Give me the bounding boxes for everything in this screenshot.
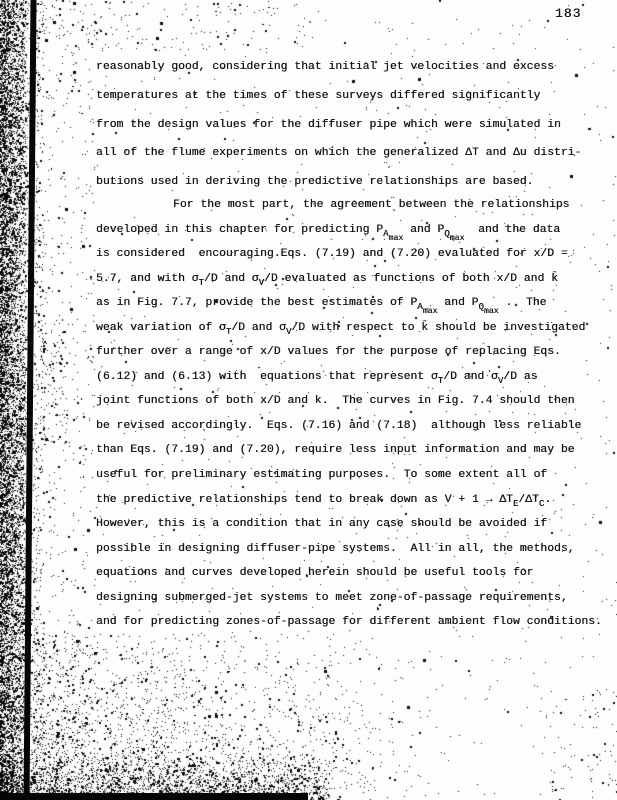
- text-segment: V: [286, 327, 291, 337]
- text-segment: A: [383, 229, 388, 239]
- text-segment: and P: [437, 297, 478, 309]
- text-line: reasonably good, considering that initia…: [96, 53, 581, 82]
- text-segment: the predictive relationships tend to bre…: [96, 494, 513, 506]
- text-segment: than Eqs. (7.19) and (7.20), require les…: [96, 444, 575, 456]
- text-segment: /D and σ: [443, 371, 498, 383]
- text-line: joint functions of both x/D and k. The c…: [96, 389, 602, 414]
- text-segment: . The: [499, 297, 547, 309]
- text-segment: Q: [444, 229, 449, 239]
- text-segment: as in Fig. 7.7, provide the best estimat…: [96, 297, 417, 309]
- text-line: For the most part, the agreement between…: [96, 193, 602, 218]
- text-segment: /D and σ: [231, 322, 286, 334]
- text-line: 5.7, and with σT/D and σV/D evaluated as…: [96, 267, 602, 292]
- text-segment: max: [423, 307, 438, 316]
- paragraph-2: For the most part, the agreement between…: [96, 193, 602, 635]
- text-segment: For the most part, the agreement between…: [173, 199, 569, 211]
- text-segment: A: [417, 302, 422, 312]
- text-segment: designing submerged-jet systems to meet …: [96, 592, 568, 604]
- paragraph-1: reasonably good, considering that initia…: [96, 53, 581, 197]
- text-segment: /D evaluated as functions of both x/D an…: [264, 273, 558, 285]
- text-line: designing submerged-jet systems to meet …: [96, 586, 602, 611]
- text-segment: useful for preliminary estimating purpos…: [96, 469, 547, 481]
- text-segment: (6.12) and (6.13) with equations that re…: [96, 371, 438, 383]
- text-segment: further over a range of x/D values for t…: [96, 346, 561, 358]
- text-line: However, this is a condition that in any…: [96, 512, 602, 537]
- text-segment: T: [438, 376, 443, 386]
- text-segment: be revised accordingly. Eqs. (7.16) and …: [96, 420, 581, 432]
- text-segment: C: [539, 499, 544, 509]
- text-line: weak variation of σT/D and σV/D with res…: [96, 316, 602, 341]
- text-segment: However, this is a condition that in any…: [96, 518, 547, 530]
- text-segment: is considered encouraging.Eqs. (7.19) an…: [96, 248, 568, 260]
- text-segment: T: [226, 327, 231, 337]
- text-line: from the design values for the diffuser …: [96, 111, 581, 140]
- text-segment: max: [389, 234, 404, 243]
- text-line: and for predicting zones-of-passage for …: [96, 610, 602, 635]
- text-segment: and for predicting zones-of-passage for …: [96, 616, 602, 628]
- text-line: further over a range of x/D values for t…: [96, 340, 602, 365]
- page-number: 183: [555, 6, 581, 21]
- text-line: as in Fig. 7.7, provide the best estimat…: [96, 291, 602, 316]
- text-segment: from the design values for the diffuser …: [96, 119, 561, 131]
- text-segment: and the data: [464, 224, 560, 236]
- text-segment: max: [484, 307, 499, 316]
- text-segment: /D as: [503, 371, 537, 383]
- text-line: equations and curves developed herein sh…: [96, 561, 602, 586]
- scanned-document-page: 183 reasonably good, considering that in…: [0, 0, 617, 800]
- text-segment: .: [544, 494, 551, 506]
- text-line: is considered encouraging.Eqs. (7.19) an…: [96, 242, 602, 267]
- text-line: be revised accordingly. Eqs. (7.16) and …: [96, 414, 602, 439]
- text-segment: all of the flume experiments on which th…: [96, 147, 581, 159]
- text-segment: /D and σ: [204, 273, 259, 285]
- text-segment: temperatures at the times of these surve…: [96, 90, 540, 102]
- text-segment: joint functions of both x/D and k. The c…: [96, 395, 575, 407]
- text-line: the predictive relationships tend to bre…: [96, 488, 602, 513]
- text-line: developed in this chapter for predicting…: [96, 218, 602, 243]
- text-segment: weak variation of σ: [96, 322, 226, 334]
- text-segment: reasonably good, considering that initia…: [96, 61, 554, 73]
- text-segment: E: [513, 499, 518, 509]
- text-segment: developed in this chapter for predicting…: [96, 224, 383, 236]
- text-line: than Eqs. (7.19) and (7.20), require les…: [96, 438, 602, 463]
- text-line: temperatures at the times of these surve…: [96, 82, 581, 111]
- text-segment: 5.7, and with σ: [96, 273, 199, 285]
- text-segment: T: [199, 278, 204, 288]
- text-segment: /ΔT: [518, 494, 539, 506]
- text-line: all of the flume experiments on which th…: [96, 139, 581, 168]
- text-segment: equations and curves developed herein sh…: [96, 567, 533, 579]
- text-line: possible in designing diffuser-pipe syst…: [96, 537, 602, 562]
- text-segment: and P: [403, 224, 444, 236]
- bottom-scan-bar: [0, 793, 308, 800]
- text-segment: butions used in deriving the predictive …: [96, 176, 533, 188]
- text-segment: max: [450, 234, 465, 243]
- text-segment: /D with respect to k̄ should be investig…: [291, 322, 585, 334]
- text-line: useful for preliminary estimating purpos…: [96, 463, 602, 488]
- text-segment: V: [259, 278, 264, 288]
- text-segment: possible in designing diffuser-pipe syst…: [96, 543, 575, 555]
- text-line: (6.12) and (6.13) with equations that re…: [96, 365, 602, 390]
- text-segment: V: [498, 376, 503, 386]
